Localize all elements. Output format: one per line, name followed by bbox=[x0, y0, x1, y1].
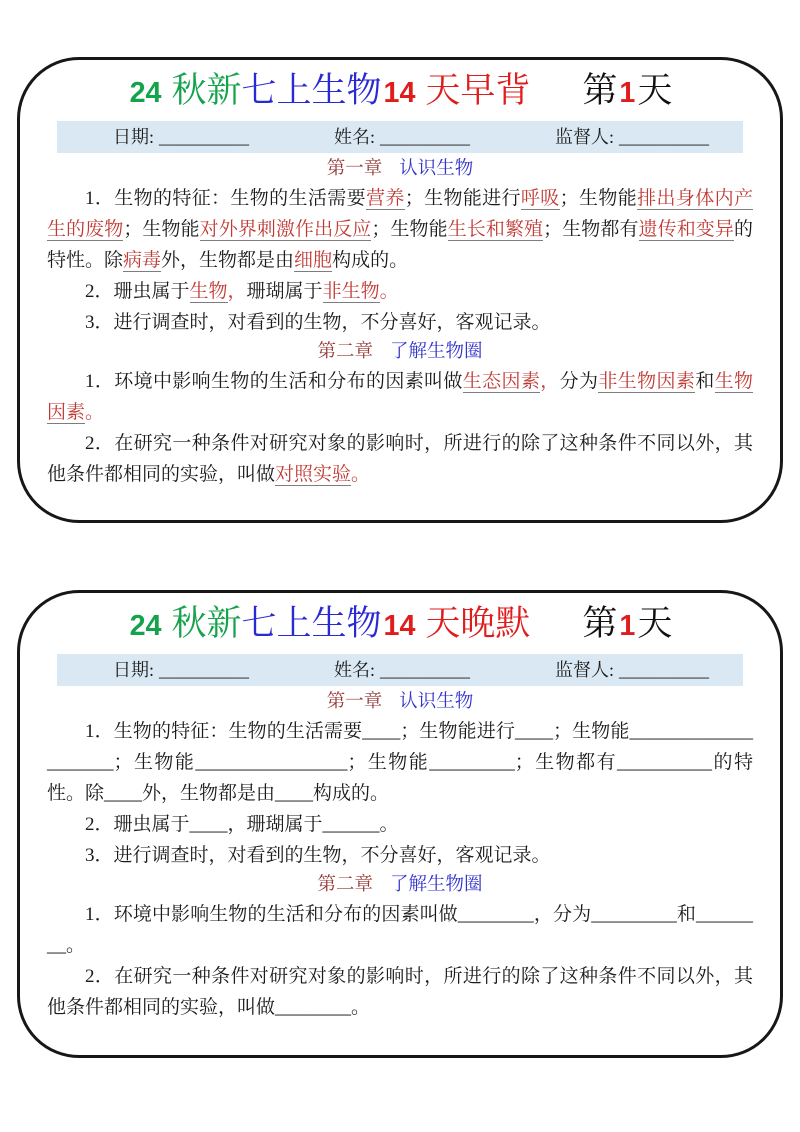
chapter-title: 了解生物圈 bbox=[390, 875, 483, 895]
chapter-number: 第二章 bbox=[317, 342, 373, 362]
name-blank-line: __________ bbox=[380, 127, 470, 147]
answer-text: 呼吸 bbox=[521, 188, 560, 210]
chapter2-header: 第二章了解生物圈 bbox=[47, 872, 753, 898]
answer-text: 细胞 bbox=[294, 250, 332, 272]
chapter-title: 了解生物圈 bbox=[390, 342, 483, 362]
text-segment: 14 bbox=[384, 610, 424, 642]
text-segment: 秋新 bbox=[171, 604, 241, 643]
supervisor-blank-line: __________ bbox=[619, 127, 709, 147]
answer-text: 非生物 bbox=[323, 281, 380, 303]
card-title: 24 秋新七上生物14 天早背第1天 bbox=[47, 68, 753, 116]
text-segment: 3．进行调查时，对看到的生物，不分喜好，客观记录。 bbox=[85, 845, 551, 866]
answer-text: 病毒 bbox=[123, 250, 161, 272]
text-segment: 。 bbox=[351, 464, 370, 485]
chapter-number: 第二章 bbox=[317, 875, 373, 895]
text-segment: 14 bbox=[384, 77, 424, 109]
text-segment: 2．在研究一种条件对研究对象的影响时，所进行的除了这种条件不同以外，其他条件都相… bbox=[47, 433, 753, 485]
answer-text: 生长和繁殖 bbox=[448, 219, 543, 241]
day-indicator: 第1天 bbox=[582, 604, 672, 643]
chapter-number: 第一章 bbox=[327, 159, 383, 179]
recall-item: 2．珊虫属于____，珊瑚属于______。 bbox=[47, 809, 753, 840]
name-blank-line: __________ bbox=[380, 660, 470, 680]
chapter-title: 认识生物 bbox=[399, 159, 473, 179]
supervisor-label: 监督人: bbox=[555, 660, 614, 680]
worksheet-page: 24 秋新七上生物14 天早背第1天 日期:__________ 姓名:____… bbox=[0, 0, 800, 1132]
study-item: 2．珊虫属于生物，珊瑚属于非生物。 bbox=[47, 276, 753, 307]
answer-text: 对照实验 bbox=[275, 464, 351, 486]
chapter-number: 第一章 bbox=[327, 692, 383, 712]
text-segment: 天 bbox=[637, 604, 672, 643]
name-field: 姓名:__________ bbox=[334, 125, 470, 149]
text-segment: 。 bbox=[380, 281, 399, 302]
text-segment: 2．珊虫属于____，珊瑚属于______。 bbox=[85, 814, 399, 835]
recall-item: 1．生物的特征：生物的生活需要____；生物能进行____；生物能_______… bbox=[47, 716, 753, 809]
chapter1-header: 第一章认识生物 bbox=[47, 689, 753, 715]
recall-item: 1．环境中影响生物的生活和分布的因素叫做________，分为_________… bbox=[47, 899, 753, 961]
study-item: 2．在研究一种条件对研究对象的影响时，所进行的除了这种条件不同以外，其他条件都相… bbox=[47, 428, 753, 490]
worksheet-card-evening: 24 秋新七上生物14 天晚默第1天 日期:__________ 姓名:____… bbox=[17, 590, 783, 1058]
answer-text: 营养 bbox=[366, 188, 405, 210]
date-label: 日期: bbox=[113, 660, 154, 680]
study-item: 1．环境中影响生物的生活和分布的因素叫做生态因素，分为非生物因素和生物因素。 bbox=[47, 366, 753, 428]
date-field: 日期:__________ bbox=[113, 658, 249, 682]
name-label: 姓名: bbox=[334, 127, 375, 147]
text-segment: 外，生物都是由 bbox=[161, 250, 294, 271]
text-segment: 构成的。 bbox=[332, 250, 408, 271]
text-segment: 24 bbox=[130, 610, 170, 642]
title-text: 24 秋新七上生物14 天早背 bbox=[128, 71, 531, 110]
text-segment: ， bbox=[228, 281, 247, 302]
text-segment: 1．生物的特征：生物的生活需要 bbox=[85, 188, 366, 209]
answer-text: 非生物因素 bbox=[598, 371, 695, 393]
day-indicator: 第1天 bbox=[582, 71, 672, 110]
text-segment: 分为 bbox=[560, 371, 599, 392]
date-blank-line: __________ bbox=[159, 660, 249, 680]
text-segment: ；生物能 bbox=[123, 219, 199, 240]
info-banner: 日期:__________ 姓名:__________ 监督人:________… bbox=[57, 121, 743, 153]
date-label: 日期: bbox=[113, 127, 154, 147]
chapter1-header: 第一章认识生物 bbox=[47, 156, 753, 182]
text-segment: 第 bbox=[582, 71, 617, 110]
supervisor-field: 监督人:__________ bbox=[555, 125, 709, 149]
chapter2-header: 第二章了解生物圈 bbox=[47, 339, 753, 365]
text-segment: 珊瑚属于 bbox=[247, 281, 323, 302]
chapter-title: 认识生物 bbox=[399, 692, 473, 712]
supervisor-blank-line: __________ bbox=[619, 660, 709, 680]
text-segment: 24 bbox=[130, 77, 170, 109]
study-item: 1．生物的特征：生物的生活需要营养；生物能进行呼吸；生物能排出身体内产生的废物；… bbox=[47, 183, 753, 276]
text-segment: 1．环境中影响生物的生活和分布的因素叫做 bbox=[85, 371, 463, 392]
answer-text: 生物 bbox=[190, 281, 228, 303]
text-segment: 天晚默 bbox=[425, 604, 530, 643]
text-segment: 七上生物 bbox=[241, 604, 381, 643]
text-segment: 七上生物 bbox=[241, 71, 381, 110]
text-segment: 1 bbox=[619, 77, 635, 109]
answer-text: 生态因素 bbox=[463, 371, 540, 393]
card-title: 24 秋新七上生物14 天晚默第1天 bbox=[47, 601, 753, 649]
text-segment: 天早背 bbox=[425, 71, 530, 110]
name-label: 姓名: bbox=[334, 660, 375, 680]
title-text: 24 秋新七上生物14 天晚默 bbox=[128, 604, 531, 643]
info-banner: 日期:__________ 姓名:__________ 监督人:________… bbox=[57, 654, 743, 686]
study-item: 3．进行调查时，对看到的生物，不分喜好，客观记录。 bbox=[47, 307, 753, 338]
supervisor-label: 监督人: bbox=[555, 127, 614, 147]
text-segment: 天 bbox=[637, 71, 672, 110]
recall-item: 3．进行调查时，对看到的生物，不分喜好，客观记录。 bbox=[47, 840, 753, 871]
worksheet-card-morning: 24 秋新七上生物14 天早背第1天 日期:__________ 姓名:____… bbox=[17, 57, 783, 523]
text-segment: ；生物都有 bbox=[543, 219, 638, 240]
date-blank-line: __________ bbox=[159, 127, 249, 147]
text-segment: 1 bbox=[619, 610, 635, 642]
text-segment: 1．生物的特征：生物的生活需要____；生物能进行____；生物能_______… bbox=[47, 721, 753, 804]
text-segment: 第 bbox=[582, 604, 617, 643]
text-segment: 1．环境中影响生物的生活和分布的因素叫做________，分为_________… bbox=[47, 904, 753, 956]
recall-item: 2．在研究一种条件对研究对象的影响时，所进行的除了这种条件不同以外，其他条件都相… bbox=[47, 961, 753, 1023]
text-segment: ；生物能 bbox=[371, 219, 447, 240]
text-segment: ；生物能进行 bbox=[405, 188, 521, 209]
text-segment: 。 bbox=[85, 402, 104, 423]
text-segment: ；生物能 bbox=[560, 188, 637, 209]
text-segment: ， bbox=[540, 371, 559, 392]
answer-text: 对外界刺激作出反应 bbox=[200, 219, 372, 241]
supervisor-field: 监督人:__________ bbox=[555, 658, 709, 682]
text-segment: 和 bbox=[695, 371, 714, 392]
answer-text: 遗传和变异 bbox=[639, 219, 734, 241]
text-segment: 秋新 bbox=[171, 71, 241, 110]
text-segment: 2．珊虫属于 bbox=[85, 281, 190, 302]
name-field: 姓名:__________ bbox=[334, 658, 470, 682]
text-segment: 2．在研究一种条件对研究对象的影响时，所进行的除了这种条件不同以外，其他条件都相… bbox=[47, 966, 753, 1018]
text-segment: 3．进行调查时，对看到的生物，不分喜好，客观记录。 bbox=[85, 312, 551, 333]
date-field: 日期:__________ bbox=[113, 125, 249, 149]
